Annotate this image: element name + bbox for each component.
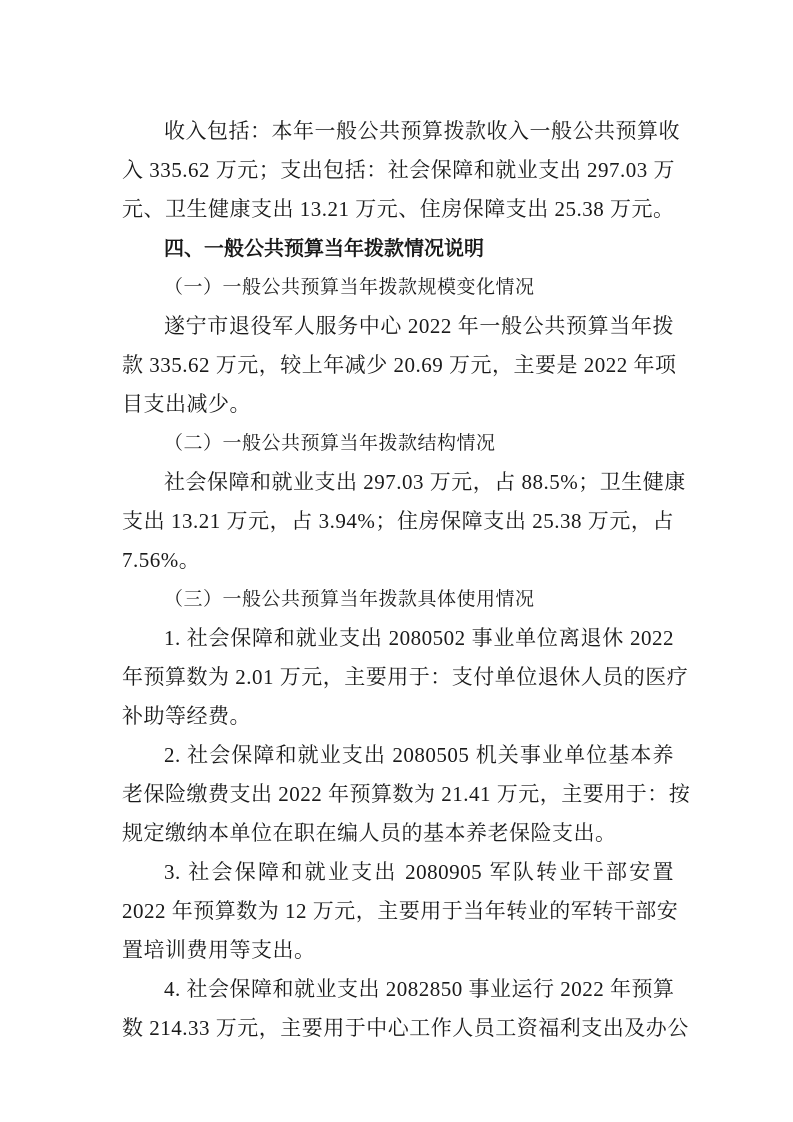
text-line: 社会保障和就业支出 297.03 万元，占 88.5%；卫生健康 [122,463,674,502]
text-line: 目支出减少。 [122,385,674,424]
text-line: 2. 社会保障和就业支出 2080505 机关事业单位基本养 [122,736,674,775]
text-line: 支出 13.21 万元，占 3.94%；住房保障支出 25.38 万元，占 [122,502,674,541]
text-line: 数 214.33 万元，主要用于中心工作人员工资福利支出及办公 [122,1009,674,1048]
text-line: 收入包括：本年一般公共预算拨款收入一般公共预算收 [122,112,674,151]
list-item-2: 2. 社会保障和就业支出 2080505 机关事业单位基本养 老保险缴费支出 2… [122,736,674,853]
text-line: 年预算数为 2.01 万元，主要用于：支付单位退休人员的医疗 [122,658,674,697]
text-line: 规定缴纳本单位在职在编人员的基本养老保险支出。 [122,814,674,853]
text-line: 老保险缴费支出 2022 年预算数为 21.41 万元，主要用于：按 [122,775,674,814]
paragraph-income-expense-summary: 收入包括：本年一般公共预算拨款收入一般公共预算收 入 335.62 万元；支出包… [122,112,674,229]
paragraph-scale-change: 遂宁市退役军人服务中心 2022 年一般公共预算当年拨 款 335.62 万元，… [122,307,674,424]
document-page: 收入包括：本年一般公共预算拨款收入一般公共预算收 入 335.62 万元；支出包… [122,112,674,1048]
text-line: 2022 年预算数为 12 万元，主要用于当年转业的军转干部安 [122,892,674,931]
text-line: 7.56%。 [122,541,674,580]
text-line: 4. 社会保障和就业支出 2082850 事业运行 2022 年预算 [122,970,674,1009]
list-item-3: 3. 社会保障和就业支出 2080905 军队转业干部安置 2022 年预算数为… [122,853,674,970]
subsection-heading-scale-change: （一）一般公共预算当年拨款规模变化情况 [122,268,674,307]
text-line: 款 335.62 万元，较上年减少 20.69 万元，主要是 2022 年项 [122,346,674,385]
text-line: 3. 社会保障和就业支出 2080905 军队转业干部安置 [122,853,674,892]
subsection-heading-structure: （二）一般公共预算当年拨款结构情况 [122,424,674,463]
section-heading: 四、一般公共预算当年拨款情况说明 [122,229,674,268]
text-line: 遂宁市退役军人服务中心 2022 年一般公共预算当年拨 [122,307,674,346]
text-line: 入 335.62 万元；支出包括：社会保障和就业支出 297.03 万 [122,151,674,190]
text-line: 补助等经费。 [122,697,674,736]
text-line: 元、卫生健康支出 13.21 万元、住房保障支出 25.38 万元。 [122,190,674,229]
paragraph-structure: 社会保障和就业支出 297.03 万元，占 88.5%；卫生健康 支出 13.2… [122,463,674,580]
list-item-4: 4. 社会保障和就业支出 2082850 事业运行 2022 年预算 数 214… [122,970,674,1048]
text-line: 置培训费用等支出。 [122,931,674,970]
subsection-heading-specific-use: （三）一般公共预算当年拨款具体使用情况 [122,580,674,619]
text-line: 1. 社会保障和就业支出 2080502 事业单位离退休 2022 [122,619,674,658]
list-item-1: 1. 社会保障和就业支出 2080502 事业单位离退休 2022 年预算数为 … [122,619,674,736]
